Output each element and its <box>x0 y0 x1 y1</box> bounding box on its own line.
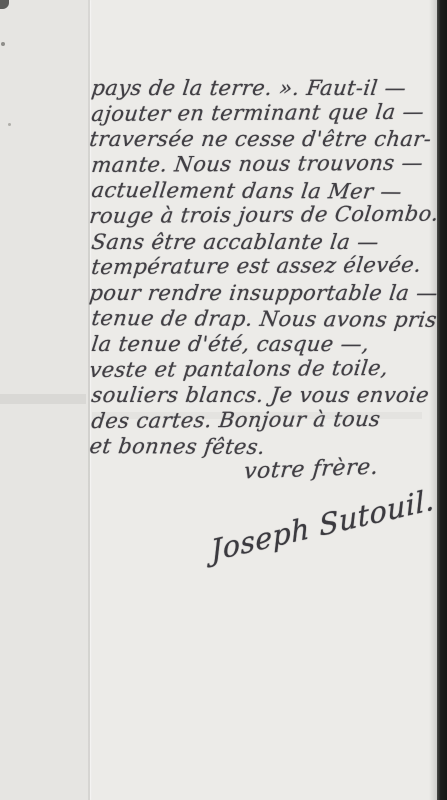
scanned-letter-page: pays de la terre. ». Faut-il — ajouter e… <box>0 0 447 800</box>
letter-closing: votre frère. <box>243 455 380 485</box>
letter-line: traversée ne cesse d'être char- <box>88 127 443 153</box>
letter-line: pour rendre insupportable la — <box>88 281 443 307</box>
letter-line: température est assez élevée. <box>90 253 443 281</box>
letter-line: tenue de drap. Nous avons pris <box>90 306 443 333</box>
scan-speck <box>8 123 11 126</box>
paper-edge-shadow <box>429 0 437 800</box>
scan-right-edge <box>437 0 447 800</box>
letter-line: rouge à trois jours de Colombo. <box>88 202 443 230</box>
letter-body: pays de la terre. ». Faut-il — ajouter e… <box>90 76 440 460</box>
scan-smudge <box>0 394 86 404</box>
letter-line: ajouter en terminant que la — <box>90 99 443 127</box>
scan-speck <box>1 42 5 46</box>
letter-line: des cartes. Bonjour à tous <box>90 406 443 434</box>
letter-line: souliers blancs. Je vous envoie <box>90 383 443 409</box>
letter-line: pays de la terre. ». Faut-il — <box>90 76 443 102</box>
letter-line: mante. Nous nous trouvons — <box>90 150 443 178</box>
letter-line: la tenue d'été, casque —, <box>90 332 443 358</box>
letter-line: Sans être accablante la — <box>90 230 443 256</box>
letter-line: veste et pantalons de toile, <box>88 355 443 383</box>
letter-signature: Joseph Sutouil. <box>210 482 436 568</box>
